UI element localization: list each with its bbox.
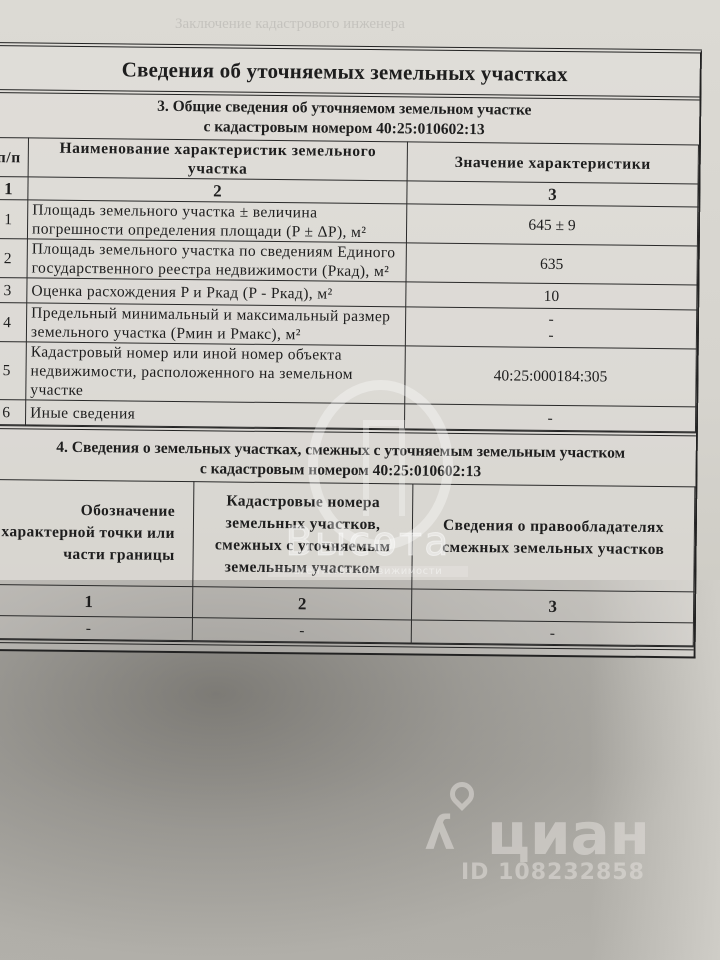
column-header: Кадастровые номера земельных участков, с… bbox=[193, 482, 413, 589]
row-value: - - bbox=[405, 307, 696, 349]
row-value: 645 ± 9 bbox=[406, 204, 697, 246]
cell-cadastral-numbers: - bbox=[192, 618, 411, 643]
row-number: 4 bbox=[0, 303, 27, 342]
row-name: Иные сведения bbox=[25, 400, 404, 429]
document-photo: Заключение кадастрового инженера Сведени… bbox=[0, 0, 720, 960]
row-value: 10 bbox=[406, 282, 697, 310]
table-row: 2 Площадь земельного участка по сведения… bbox=[0, 239, 697, 285]
column-number: 3 bbox=[407, 181, 698, 207]
column-number: 1 bbox=[0, 177, 28, 200]
section3-table: п/п Наименование характеристик земельног… bbox=[0, 137, 699, 432]
row-value-max: - bbox=[410, 326, 692, 345]
row-value: 635 bbox=[406, 243, 697, 285]
cell-owners: - bbox=[411, 620, 693, 646]
table-row: 1 Площадь земельного участка ± величина … bbox=[0, 200, 698, 246]
section4: 4. Сведения о земельных участках, смежны… bbox=[0, 425, 696, 646]
column-header: Сведения о правообладателях смежных земе… bbox=[412, 484, 695, 592]
row-name: Площадь земельного участка по сведениям … bbox=[27, 239, 406, 282]
row-name: Площадь земельного участка ± величина по… bbox=[27, 200, 406, 243]
column-header: Обозначение характерной точки или части … bbox=[0, 480, 194, 587]
column-number: 2 bbox=[192, 587, 411, 620]
column-header: Наименование характеристик земельного уч… bbox=[28, 138, 407, 181]
section3-title: 3. Общие сведения об уточняемом земельно… bbox=[0, 93, 699, 144]
document-frame: Сведения об уточняемых земельных участка… bbox=[0, 42, 702, 658]
row-name: Кадастровый номер или иной номер объекта… bbox=[26, 342, 406, 404]
row-number: 6 bbox=[0, 400, 26, 425]
row-number: 2 bbox=[0, 239, 27, 278]
column-number: 3 bbox=[411, 589, 693, 623]
row-number: 5 bbox=[0, 342, 26, 400]
row-number: 1 bbox=[0, 200, 28, 239]
section4-table: Обозначение характерной точки или части … bbox=[0, 479, 695, 646]
row-number: 3 bbox=[0, 278, 27, 303]
column-header: Значение характеристики bbox=[407, 142, 698, 184]
section4-title: 4. Сведения о земельных участках, смежны… bbox=[0, 429, 696, 486]
table-header-row: Обозначение характерной точки или части … bbox=[0, 480, 695, 592]
table-row: 4 Предельный минимальный и максимальный … bbox=[0, 303, 697, 349]
row-value: - bbox=[404, 404, 695, 432]
row-value: 40:25:000184:305 bbox=[405, 346, 697, 407]
row-name: Предельный минимальный и максимальный ра… bbox=[26, 303, 405, 346]
column-header: п/п bbox=[0, 138, 28, 177]
table-row: 5 Кадастровый номер или иной номер объек… bbox=[0, 342, 696, 407]
bleed-through-header: Заключение кадастрового инженера bbox=[175, 14, 405, 34]
column-number: 1 bbox=[0, 584, 193, 617]
document-title: Сведения об уточняемых земельных участка… bbox=[0, 46, 700, 100]
cell-point: - bbox=[0, 615, 192, 640]
